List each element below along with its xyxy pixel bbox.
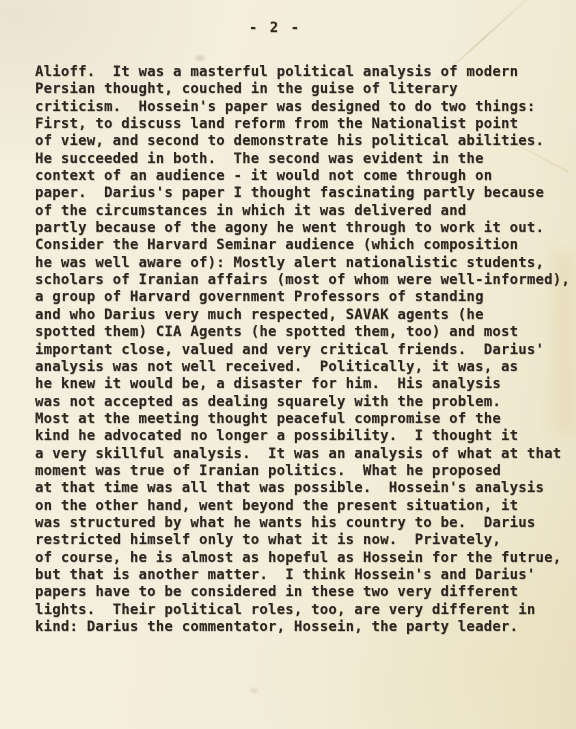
page-number: - 2 -: [0, 20, 563, 36]
typewritten-body-text: Alioff. It was a masterful political ana…: [35, 64, 570, 636]
scanned-page: - 2 - Alioff. It was a masterful politic…: [0, 0, 576, 729]
paper-speck: [250, 688, 258, 693]
paper-speck: [195, 55, 205, 61]
